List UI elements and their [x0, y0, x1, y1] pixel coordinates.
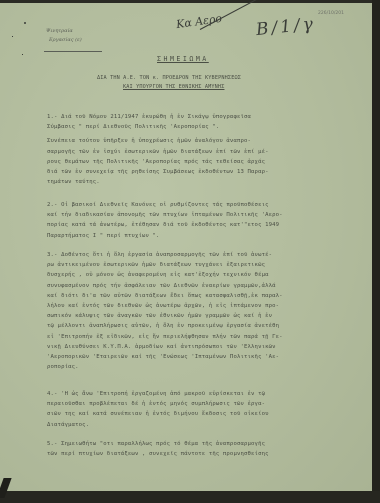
- text-line: 5.- Σημειωθήτω "οτι παραλλήλως πρός τό θ…: [47, 439, 269, 449]
- paragraph-1: 1.- Διά τοῦ Νόμου 211/1947 ἐκυρώθη ἡ ἐν …: [47, 112, 269, 187]
- note-underline: [44, 51, 102, 52]
- addressee-line-1: ΔΙΑ ΤΗΝ Α.Ε. ΤΟΝ κ. ΠΡΟΕΔΡΟΝ ΤΗΣ ΚΥΒΕΡΝΗ…: [97, 75, 241, 81]
- speck: [12, 36, 13, 37]
- handwritten-classification: Β/1/γ: [255, 14, 317, 40]
- text-line: σωπικόν κάλυψις τῶν ἀναγκῶν τῶν ἐθνικῶν …: [47, 311, 283, 321]
- text-line: καί διότι δι'α τῶν αὐτῶν διατάξεων ἔδει …: [47, 291, 283, 301]
- text-line: 2.- Οἱ βασικοί Διεθνεῖς Κανόνες οἱ ρυθμί…: [47, 200, 283, 210]
- text-line: περαιοῦσθαι προβλέπεται δέ ἡ ἐντός μηνός…: [47, 399, 269, 409]
- text-line: ροπορίας.: [47, 362, 283, 372]
- text-line: ρους θεμάτων τῆς Πολιτικῆς 'Αεροπορίας π…: [47, 157, 269, 167]
- text-line: εἰ 'Επιτροπήν ἐξ εἰδικῶν, εἰς ἥν περιελή…: [47, 332, 283, 342]
- addressee-line-2: ΚΑΙ ΥΠΟΥΡΓΟΝ ΤΗΣ ΕΘΝΙΚΗΣ ΑΜΥΝΗΣ: [123, 84, 224, 90]
- text-line: Σύμβασις " περί Διεθνοῦς Πολιτικῆς 'Αερο…: [47, 122, 269, 132]
- text-line: 4.- 'Η ὡς ἄνω 'Επιτροπή ἐργαζομένη ἀπό μ…: [47, 389, 269, 399]
- paragraph-2: 2.- Οἱ βασικοί Διεθνεῖς Κανόνες οἱ ρυθμί…: [47, 200, 283, 241]
- text-line: Διατάγματος.: [47, 420, 269, 430]
- paragraph-4: 4.- 'Η ὡς ἄνω 'Επιτροπή ἐργαζομένη ἀπό μ…: [47, 389, 269, 430]
- text-line: σαρμογῆς τῶν ἐν ἰσχύι ἐσωτερικῶν ἡμῶν δι…: [47, 147, 269, 157]
- text-line: δυσχερής , οὐ μόνον ὡς ἀναφερομένη εἰς κ…: [47, 270, 283, 280]
- text-line: 1.- Διά τοῦ Νόμου 211/1947 ἐκυρώθη ἡ ἐν …: [47, 112, 269, 122]
- text-line: ρω ἀντικειμένου ἐσωτερικῶν ἡμῶν διατάξεω…: [47, 260, 283, 270]
- note-line-1: Ψινητραία: [46, 27, 82, 36]
- text-line: τημάτων ταύτης.: [47, 177, 269, 187]
- text-line: νικῇ Διευθύνσει Κ.Υ.Π.Α. ἁρμοδίων καί ἀν…: [47, 342, 283, 352]
- text-line: Παραρτήματος I " περί πτυχίων ".: [47, 231, 283, 241]
- speck: [24, 22, 26, 24]
- speck: [22, 54, 23, 55]
- document-title: ΣΗΜΕΙΩΜΑ: [157, 55, 209, 63]
- archive-reference: 226/10/201: [318, 11, 344, 16]
- note-line-2: Εργασίας (ε): [46, 36, 82, 45]
- paragraph-5: 5.- Σημειωθήτω "οτι παραλλήλως πρός τό θ…: [47, 439, 269, 459]
- text-line: σιῶν της καί κατά συνέπειαν ἡ ἐντός διμή…: [47, 409, 269, 419]
- paragraph-3: 3.- Δοθέντος ὅτι ἡ ὅλη ἐργασία ἀναπροσαρ…: [47, 250, 283, 372]
- scan-border-bottom: [0, 491, 380, 503]
- text-line: τῶν περί πτυχίων διατάξεων , συνεχεῖς πά…: [47, 449, 269, 459]
- scan-border-right: [372, 0, 380, 503]
- text-line: Συνέπεια τούτου ὑπῆρξεν ἡ ὑποχρέωσις ἡμῶ…: [47, 136, 269, 146]
- text-line: τῷ μέλλοντι ἀναπλήρωσις αὐτῶν, ἡ ὅλη ἐν …: [47, 321, 283, 331]
- text-line: 3.- Δοθέντος ὅτι ἡ ὅλη ἐργασία ἀναπροσαρ…: [47, 250, 283, 260]
- document-page: Ψινητραία Εργασίας (ε) Κα Αερο Β/1/γ 226…: [0, 3, 372, 491]
- text-line: πορίας κατά τά ἀνωτέρω, ἐτέθησαν διά τοῦ…: [47, 220, 283, 230]
- handwritten-note-top-left: Ψινητραία Εργασίας (ε): [46, 27, 82, 45]
- text-line: διά τῶν ἐν συνεχείᾳ τῆς ρηθείσης Συμβάσε…: [47, 167, 269, 177]
- text-line: λήλου καί ἐντός τῶν διεθνῶν ὡς ἀνωτέρω ἀ…: [47, 301, 283, 311]
- text-line: συνυφασμένον πρός τήν ἀσφάλειαν τῶν Διεθ…: [47, 281, 283, 291]
- text-line: 'Αεροπορικῶν 'Εταιρειῶν καί τῆς 'Ενώσεως…: [47, 352, 283, 362]
- text-line: καί τήν διαδικασίαν ἀπονομῆς τῶν πτυχίων…: [47, 210, 283, 220]
